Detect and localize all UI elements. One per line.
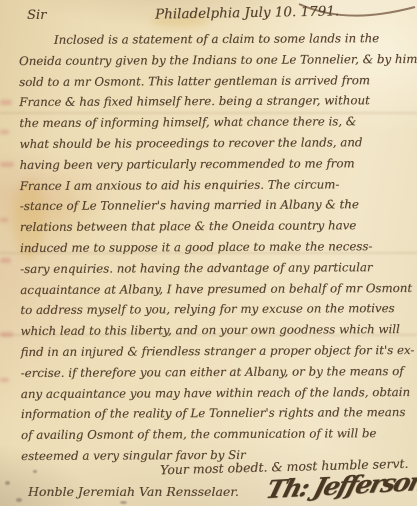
letter-line: information of the reality of Le Tonneli…: [21, 402, 407, 425]
letter-line: -sary enquiries. not having the advantag…: [20, 257, 406, 280]
letter-line: acquaintance at Albany, I have presumed …: [20, 278, 406, 301]
addressee-line: Honble Jeremiah Van Rensselaer.: [28, 484, 239, 499]
paper-stain: [0, 218, 8, 222]
letter-line: what should be his proceedings to recove…: [19, 132, 405, 155]
paper-stain: [0, 162, 14, 167]
letter-line: relations between that place & the Oneid…: [20, 215, 406, 238]
letter-line: Oneida country given by the Indians to o…: [19, 49, 405, 72]
paper-stain: [0, 378, 9, 382]
letter-line: to address myself to you, relying for my…: [20, 298, 406, 321]
letter-line: France I am anxious to aid his enquiries…: [20, 174, 406, 197]
letter-line: Inclosed is a statement of a claim to so…: [19, 28, 405, 51]
letter-line: -ercise. if therefore you can either at …: [21, 361, 407, 384]
letter-line: the means of informing himself, what cha…: [19, 111, 405, 134]
letter-line: sold to a mr Osmont. This latter gentlem…: [19, 70, 405, 93]
letter-line: having been very particularly recommende…: [20, 153, 406, 176]
paper-speck: [16, 498, 22, 502]
paper-speck: [120, 501, 127, 504]
paper-stain: [0, 258, 11, 263]
paper-stain: [0, 100, 12, 105]
paper-stain: [0, 130, 9, 134]
letter-line: -stance of Le Tonnelier's having married…: [20, 194, 406, 217]
paper-speck: [5, 481, 10, 485]
paper-stain: [0, 332, 13, 337]
manuscript-letter-page: Sir Philadelphia July 10. 1791. Inclosed…: [0, 0, 417, 506]
letter-line: any acquaintance you may have within rea…: [21, 382, 407, 405]
letter-line: which lead to this liberty, and on your …: [20, 319, 406, 342]
letter-line: induced me to suppose it a good place to…: [20, 236, 406, 259]
dateline: Philadelphia July 10. 1791.: [155, 3, 339, 22]
letter-line: of availing Osmont of them, the communic…: [21, 423, 407, 446]
paper-speck: [33, 470, 37, 473]
letter-line: find in an injured & friendless stranger…: [20, 340, 406, 363]
letter-line: France & has fixed himself here. being a…: [19, 90, 405, 113]
salutation: Sir: [27, 8, 46, 23]
letter-body: Inclosed is a statement of a claim to so…: [19, 28, 407, 467]
